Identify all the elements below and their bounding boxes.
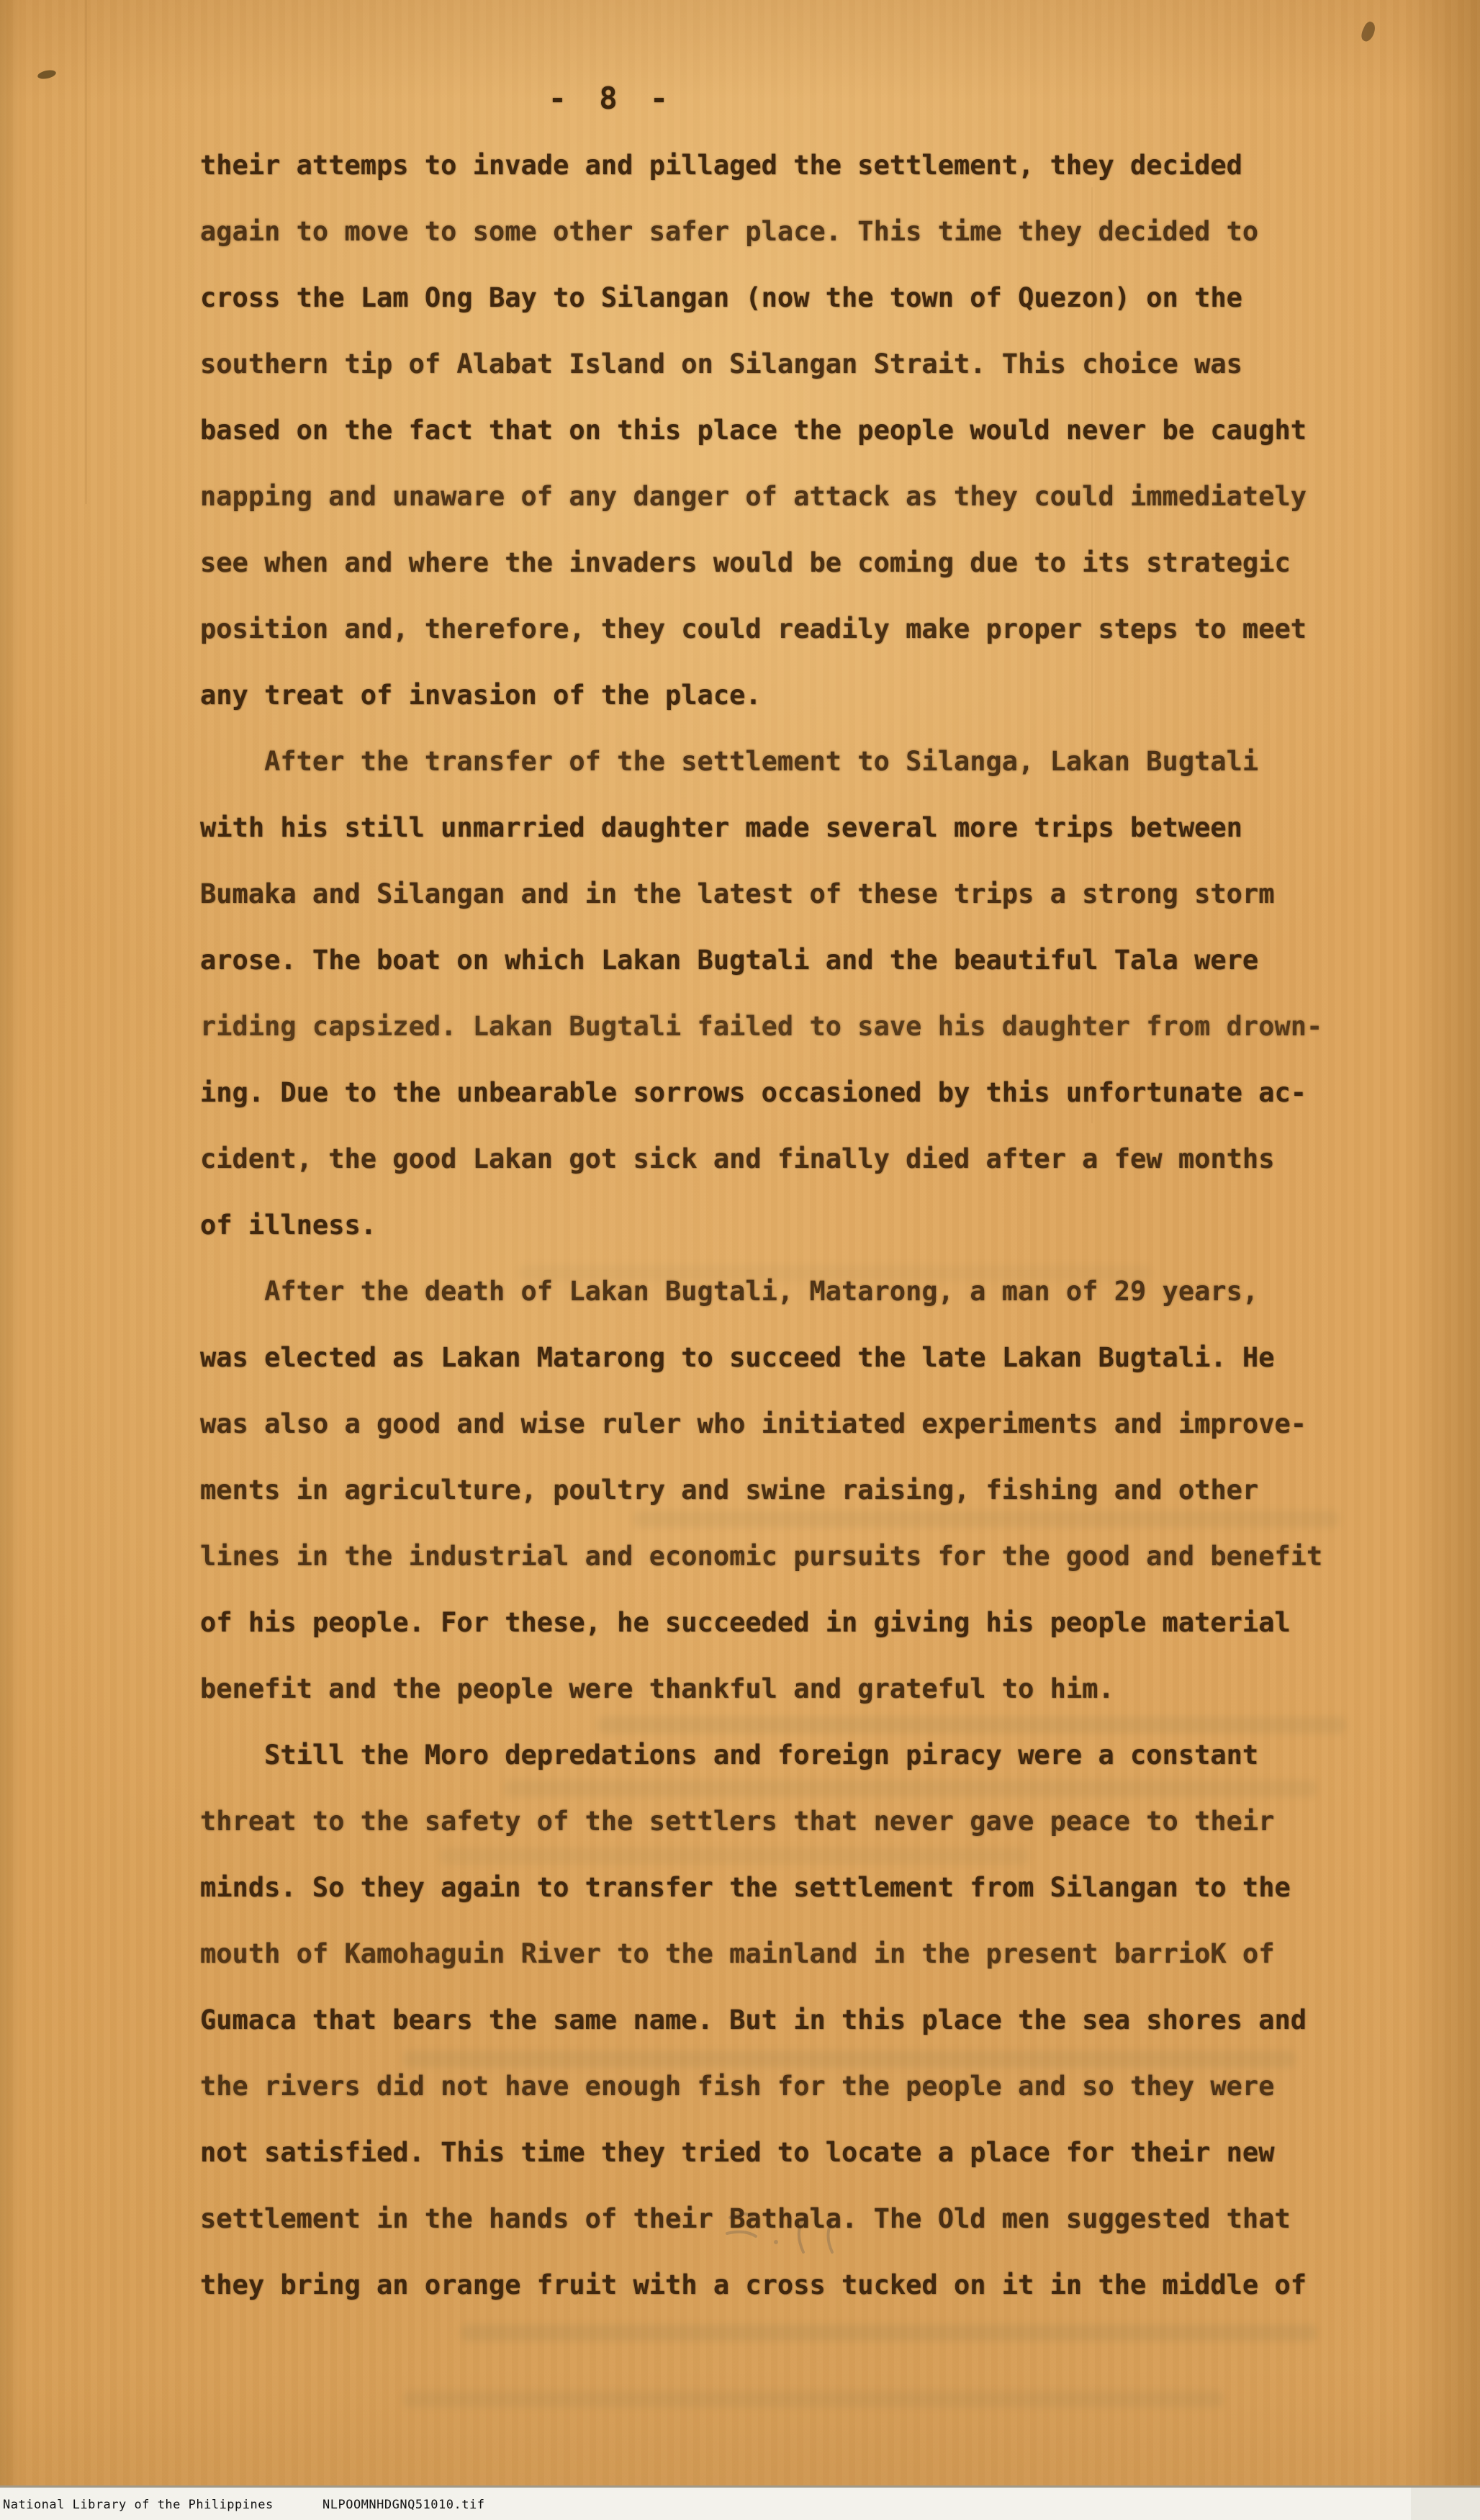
- document-line: mouth of Kamohaguin River to the mainlan…: [200, 1921, 1381, 1987]
- document-line: was also a good and wise ruler who initi…: [200, 1391, 1381, 1457]
- document-line: threat to the safety of the settlers tha…: [200, 1788, 1381, 1855]
- document-line: ments in agriculture, poultry and swine …: [200, 1457, 1381, 1524]
- document-line: their attemps to invade and pillaged the…: [200, 132, 1381, 199]
- document-line: see when and where the invaders would be…: [200, 530, 1381, 596]
- document-line: the rivers did not have enough fish for …: [200, 2053, 1381, 2120]
- document-line: Gumaca that bears the same name. But in …: [200, 1987, 1381, 2053]
- paper-crease: [85, 0, 87, 504]
- document-line: riding capsized. Lakan Bugtali failed to…: [200, 994, 1381, 1060]
- document-line: southern tip of Alabat Island on Silanga…: [200, 331, 1381, 397]
- document-line: Still the Moro depredations and foreign …: [200, 1722, 1381, 1788]
- document-line: any treat of invasion of the place.: [200, 662, 1381, 729]
- document-line: with his still unmarried daughter made s…: [200, 795, 1381, 861]
- document-line: again to move to some other safer place.…: [200, 199, 1381, 265]
- document-line: arose. The boat on which Lakan Bugtali a…: [200, 927, 1381, 994]
- bleedthrough-mark: [461, 2324, 1317, 2341]
- document-line: they bring an orange fruit with a cross …: [200, 2252, 1381, 2318]
- document-line: cross the Lam Ong Bay to Silangan (now t…: [200, 265, 1381, 331]
- document-line: lines in the industrial and economic pur…: [200, 1524, 1381, 1590]
- document-line: benefit and the people were thankful and…: [200, 1656, 1381, 1722]
- document-line: After the transfer of the settlement to …: [200, 729, 1381, 795]
- document-line: napping and unaware of any danger of att…: [200, 464, 1381, 530]
- document-line: based on the fact that on this place the…: [200, 397, 1381, 464]
- bleedthrough-mark: [403, 2390, 1224, 2408]
- document-line: of illness.: [200, 1192, 1381, 1259]
- scan-filename-label: NLPOOMNHDGNQ51010.tif: [322, 2498, 484, 2512]
- document-line: minds. So they again to transfer the set…: [200, 1855, 1381, 1921]
- document-body: their attemps to invade and pillaged the…: [200, 132, 1381, 2318]
- document-line: settlement in the hands of their Bathala…: [200, 2186, 1381, 2252]
- document-line: was elected as Lakan Matarong to succeed…: [200, 1325, 1381, 1391]
- library-name-label: National Library of the Philippines: [3, 2498, 274, 2512]
- document-line: Bumaka and Silangan and in the latest of…: [200, 861, 1381, 927]
- scanned-document-page: { "page": { "page_number_header": "- 8 -…: [0, 0, 1480, 2520]
- document-line: position and, therefore, they could read…: [200, 596, 1381, 662]
- document-line: not satisfied. This time they tried to l…: [200, 2120, 1381, 2186]
- digitization-footer-bar: National Library of the Philippines NLPO…: [0, 2485, 1480, 2520]
- document-line: After the death of Lakan Bugtali, Mataro…: [200, 1259, 1381, 1325]
- footer-edge-artifact: [1411, 2488, 1480, 2520]
- page-number: - 8 -: [0, 81, 1224, 116]
- document-line: of his people. For these, he succeeded i…: [200, 1590, 1381, 1656]
- document-line: ing. Due to the unbearable sorrows occas…: [200, 1060, 1381, 1126]
- document-line: cident, the good Lakan got sick and fina…: [200, 1126, 1381, 1192]
